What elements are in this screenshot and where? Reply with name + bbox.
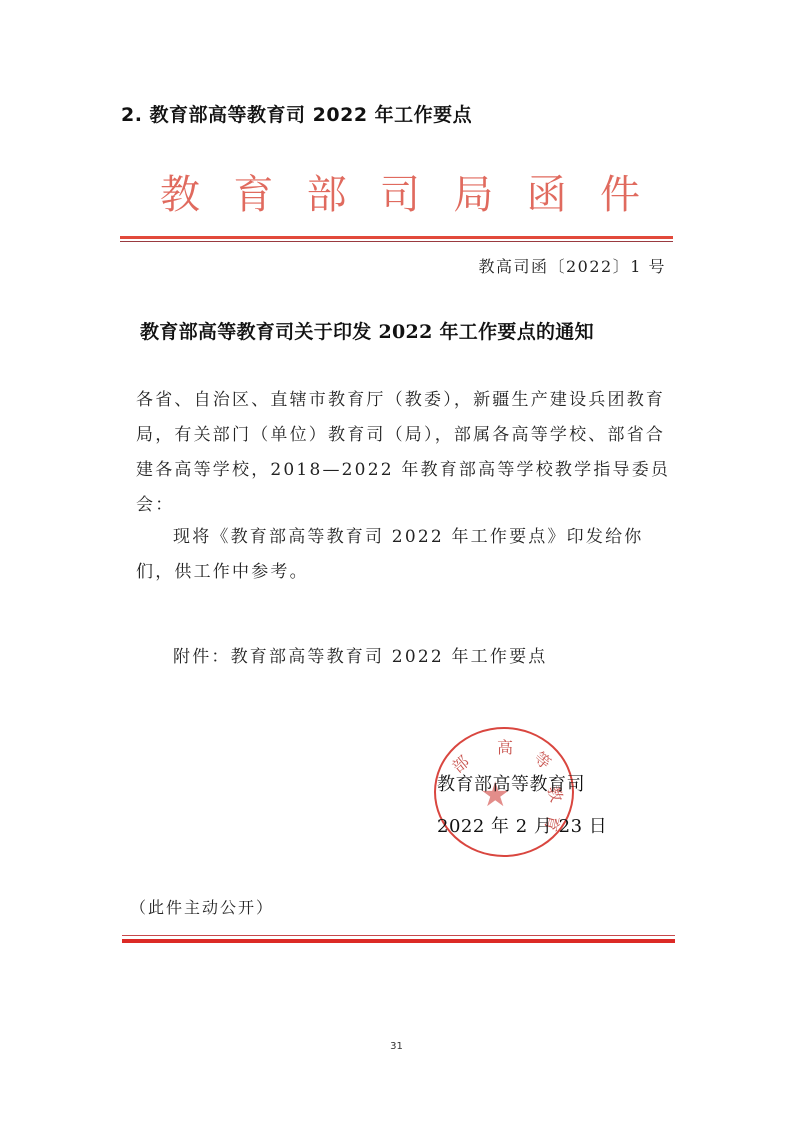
disclosure-note: （此件主动公开） (130, 895, 274, 918)
letterhead-char: 教 (160, 170, 200, 220)
page-number: 31 (0, 1041, 793, 1052)
letterhead-char: 育 (233, 170, 273, 220)
letterhead-char: 局 (453, 170, 493, 220)
section-heading: 2. 教育部高等教育司 2022 年工作要点 (121, 100, 472, 127)
letterhead-char: 部 (307, 170, 347, 220)
footer-divider-thick (122, 939, 675, 943)
attachment-line: 附件：教育部高等教育司 2022 年工作要点 (173, 640, 547, 675)
letterhead-char: 司 (380, 170, 420, 220)
body-paragraph: 现将《教育部高等教育司 2022 年工作要点》印发给你们，供工作中参考。 (136, 520, 676, 590)
letterhead-char: 件 (600, 170, 640, 220)
seal-char: 高 (497, 735, 513, 758)
footer-divider-thin (122, 935, 675, 936)
document-number: 教高司函〔2022〕1 号 (479, 254, 667, 277)
notice-title: 教育部高等教育司关于印发 2022 年工作要点的通知 (140, 317, 594, 344)
addressees-paragraph: 各省、自治区、直辖市教育厅（教委），新疆生产建设兵团教育局，有关部门（单位）教育… (136, 383, 676, 523)
issuer-signature: 教育部高等教育司 (437, 770, 585, 796)
issue-date: 2022 年 2 月 23 日 (437, 812, 607, 838)
letterhead-title: 教 育 部 司 局 函 件 (160, 170, 640, 220)
letterhead-divider-thin (120, 241, 673, 242)
letterhead-divider-thick (120, 236, 673, 239)
letterhead-char: 函 (527, 170, 567, 220)
